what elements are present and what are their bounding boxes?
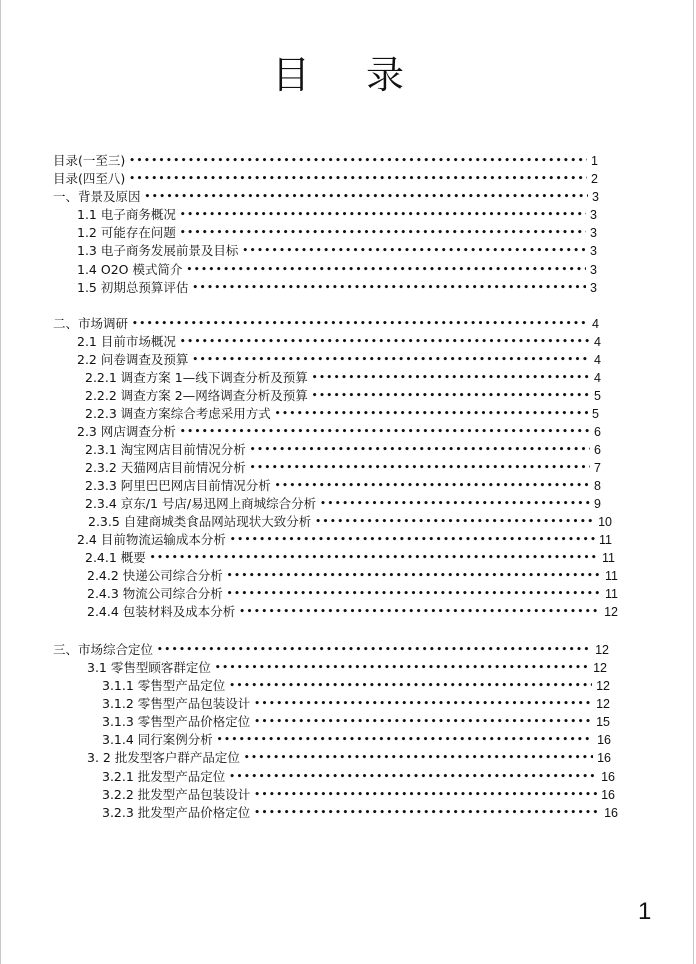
toc-entry[interactable]: 2.4.2 快递公司综合分析11	[87, 567, 618, 585]
dot-leader	[250, 441, 590, 459]
dot-leader	[320, 495, 590, 513]
toc-entry-label: 3. 2 批发型客户群产品定位	[87, 749, 244, 767]
toc-entry-page: 12	[600, 603, 618, 621]
toc-entry[interactable]: 3.2.1 批发型产品定位16	[102, 768, 615, 786]
toc-entry-label: 目录(一至三)	[53, 152, 129, 170]
dot-leader	[312, 369, 590, 387]
toc-entry-label: 3.1.3 零售型产品价格定位	[102, 713, 254, 731]
toc-entry-label: 2.4.4 包装材料及成本分析	[87, 603, 239, 621]
toc-entry-page: 16	[593, 731, 611, 749]
toc-entry-page: 7	[590, 459, 601, 477]
toc-entry-page: 16	[600, 804, 618, 822]
dot-leader	[244, 749, 593, 767]
toc-entry-page: 3	[586, 242, 597, 260]
toc-entry-page: 11	[601, 567, 618, 585]
toc-title: 目 录	[1, 44, 696, 99]
toc-entry[interactable]: 2.3.4 京东/1 号店/易迅网上商城综合分析9	[85, 495, 601, 513]
toc-entry-page: 6	[590, 441, 601, 459]
dot-leader	[315, 513, 594, 531]
toc-entry-label: 1.4 O2O 模式简介	[77, 261, 186, 279]
toc-entry-label: 2.3.2 天猫网店目前情况分析	[85, 459, 250, 477]
dot-leader	[312, 387, 590, 405]
toc-entry-label: 3.2.1 批发型产品定位	[102, 768, 229, 786]
toc-entry-page: 4	[590, 369, 601, 387]
dot-leader	[192, 351, 590, 369]
toc-entry-label: 2.3.3 阿里巴巴网店目前情况分析	[85, 477, 275, 495]
dot-leader	[229, 768, 597, 786]
toc-entry-label: 2.1 目前市场概况	[77, 333, 180, 351]
toc-entry-label: 三、市场综合定位	[53, 641, 157, 659]
toc-entry[interactable]: 1.3 电子商务发展前景及目标3	[77, 242, 597, 260]
toc-entry-page: 5	[590, 387, 601, 405]
toc-entry-page: 12	[592, 677, 610, 695]
toc-entry-label: 1.5 初期总预算评估	[77, 279, 192, 297]
toc-entry-label: 1.3 电子商务发展前景及目标	[77, 242, 242, 260]
toc-entry-page: 12	[592, 695, 610, 713]
toc-entry-label: 3.1.1 零售型产品定位	[102, 677, 229, 695]
toc-entry[interactable]: 3.1.1 零售型产品定位12	[102, 677, 610, 695]
dot-leader	[254, 695, 592, 713]
dot-leader	[180, 224, 586, 242]
toc-entry-page: 12	[591, 641, 609, 659]
toc-entry[interactable]: 2.1 目前市场概况4	[77, 333, 601, 351]
dot-leader	[250, 459, 590, 477]
toc-entry[interactable]: 2.4.4 包装材料及成本分析12	[87, 603, 618, 621]
toc-entry[interactable]: 2.2.2 调查方案 2—网络调查分析及预算5	[85, 387, 601, 405]
toc-entry-label: 2.2.1 调查方案 1—线下调查分析及预算	[85, 369, 312, 387]
dot-leader	[145, 188, 589, 206]
toc-entry-page: 12	[589, 659, 607, 677]
toc-entry-label: 3.1 零售型顾客群定位	[87, 659, 215, 677]
dot-leader	[230, 531, 595, 549]
dot-leader	[239, 603, 600, 621]
toc-entry[interactable]: 二、市场调研4	[53, 315, 599, 333]
toc-entry[interactable]: 3.1 零售型顾客群定位12	[87, 659, 607, 677]
dot-leader	[215, 659, 589, 677]
toc-entry-page: 15	[592, 713, 610, 731]
dot-leader	[217, 731, 593, 749]
dot-leader	[186, 261, 586, 279]
toc-entry-page: 4	[590, 333, 601, 351]
toc-entry[interactable]: 一、背景及原因3	[53, 188, 599, 206]
toc-entry-page: 3	[588, 188, 599, 206]
toc-entry-page: 9	[590, 495, 601, 513]
toc-entry-label: 二、市场调研	[53, 315, 132, 333]
toc-entry-label: 目录(四至八)	[53, 170, 129, 188]
toc-entry[interactable]: 2.4 目前物流运输成本分析11	[77, 531, 612, 549]
toc-entry[interactable]: 2.3.1 淘宝网店目前情况分析6	[85, 441, 601, 459]
toc-entry[interactable]: 2.2.3 调查方案综合考虑采用方式5	[85, 405, 599, 423]
toc-entry-page: 2	[587, 170, 598, 188]
toc-entry-label: 3.2.2 批发型产品包装设计	[102, 786, 254, 804]
toc-entry-label: 3.1.4 同行案例分析	[102, 731, 217, 749]
dot-leader	[157, 641, 591, 659]
toc-entry[interactable]: 1.1 电子商务概况3	[77, 206, 597, 224]
dot-leader	[242, 242, 586, 260]
dot-leader	[180, 206, 586, 224]
toc-entry-page: 16	[597, 786, 615, 804]
toc-entry-page: 3	[586, 224, 597, 242]
toc-entry-label: 2.2 问卷调查及预算	[77, 351, 192, 369]
toc-entry-page: 4	[588, 315, 599, 333]
dot-leader	[129, 152, 587, 170]
dot-leader	[275, 405, 588, 423]
dot-leader	[275, 477, 590, 495]
dot-leader	[150, 549, 598, 567]
toc-entry-label: 3.2.3 批发型产品价格定位	[102, 804, 254, 822]
toc-entry-page: 16	[597, 768, 615, 786]
toc-entry[interactable]: 三、市场综合定位12	[53, 641, 609, 659]
toc-entry[interactable]: 3.1.4 同行案例分析16	[102, 731, 611, 749]
toc-entry-label: 2.4 目前物流运输成本分析	[77, 531, 230, 549]
toc-entry-page: 8	[590, 477, 601, 495]
toc-entry[interactable]: 3.1.3 零售型产品价格定位15	[102, 713, 610, 731]
toc-entry-label: 2.3.1 淘宝网店目前情况分析	[85, 441, 250, 459]
dot-leader	[229, 677, 592, 695]
toc-entry-page: 11	[601, 585, 618, 603]
toc-entry-label: 2.3.4 京东/1 号店/易迅网上商城综合分析	[85, 495, 320, 513]
dot-leader	[254, 804, 600, 822]
toc-entry-page: 3	[586, 279, 597, 297]
dot-leader	[132, 315, 588, 333]
toc-entry[interactable]: 3.2.3 批发型产品价格定位16	[102, 804, 618, 822]
toc-entry[interactable]: 3.1.2 零售型产品包装设计12	[102, 695, 610, 713]
toc-entry-page: 5	[588, 405, 599, 423]
toc-entry-page: 6	[590, 423, 601, 441]
toc-entry-label: 2.2.3 调查方案综合考虑采用方式	[85, 405, 275, 423]
toc-entry-label: 2.3 网店调查分析	[77, 423, 180, 441]
toc-entry-page: 3	[586, 261, 597, 279]
dot-leader	[180, 423, 590, 441]
toc-entry[interactable]: 2.3.5 自建商城类食品网站现状大致分析10	[88, 513, 612, 531]
toc-entry-label: 2.4.3 物流公司综合分析	[87, 585, 227, 603]
toc-entry-page: 11	[598, 549, 615, 567]
toc-entry-page: 1	[587, 152, 598, 170]
toc-entry-label: 2.2.2 调查方案 2—网络调查分析及预算	[85, 387, 312, 405]
toc-entry[interactable]: 1.2 可能存在问题3	[77, 224, 597, 242]
toc-entry-page: 4	[590, 351, 601, 369]
toc-entry[interactable]: 1.4 O2O 模式简介3	[77, 261, 597, 279]
toc-entry-label: 2.4.2 快递公司综合分析	[87, 567, 227, 585]
page-number: 1	[638, 898, 651, 926]
toc-entry[interactable]: 3.2.2 批发型产品包装设计16	[102, 786, 615, 804]
toc-entry[interactable]: 2.3.2 天猫网店目前情况分析7	[85, 459, 601, 477]
toc-entry-label: 一、背景及原因	[53, 188, 145, 206]
toc-entry-label: 3.1.2 零售型产品包装设计	[102, 695, 254, 713]
toc-entry[interactable]: 目录(四至八)2	[53, 170, 598, 188]
toc-entry-page: 16	[593, 749, 611, 767]
toc-entry-label: 2.4.1 概要	[85, 549, 150, 567]
dot-leader	[227, 567, 601, 585]
toc-entry[interactable]: 2.2 问卷调查及预算4	[77, 351, 601, 369]
toc-entry[interactable]: 2.2.1 调查方案 1—线下调查分析及预算4	[85, 369, 601, 387]
dot-leader	[192, 279, 586, 297]
toc-entry-label: 1.1 电子商务概况	[77, 206, 180, 224]
dot-leader	[254, 786, 597, 804]
dot-leader	[180, 333, 590, 351]
toc-entry[interactable]: 2.4.1 概要11	[85, 549, 615, 567]
toc-entry-label: 2.3.5 自建商城类食品网站现状大致分析	[88, 513, 315, 531]
toc-entry-page: 10	[594, 513, 612, 531]
toc-entry[interactable]: 2.3 网店调查分析6	[77, 423, 601, 441]
toc-entry-page: 11	[595, 531, 612, 549]
toc-entry[interactable]: 1.5 初期总预算评估3	[77, 279, 597, 297]
toc-entry-label: 1.2 可能存在问题	[77, 224, 180, 242]
document-page: 目 录 目录(一至三)1目录(四至八)2一、背景及原因31.1 电子商务概况31…	[0, 0, 694, 964]
toc-entry[interactable]: 2.4.3 物流公司综合分析11	[87, 585, 618, 603]
toc-entry[interactable]: 目录(一至三)1	[53, 152, 598, 170]
toc-entry[interactable]: 2.3.3 阿里巴巴网店目前情况分析8	[85, 477, 601, 495]
dot-leader	[254, 713, 592, 731]
dot-leader	[227, 585, 601, 603]
toc-entry[interactable]: 3. 2 批发型客户群产品定位16	[87, 749, 611, 767]
toc-entry-page: 3	[586, 206, 597, 224]
dot-leader	[129, 170, 587, 188]
